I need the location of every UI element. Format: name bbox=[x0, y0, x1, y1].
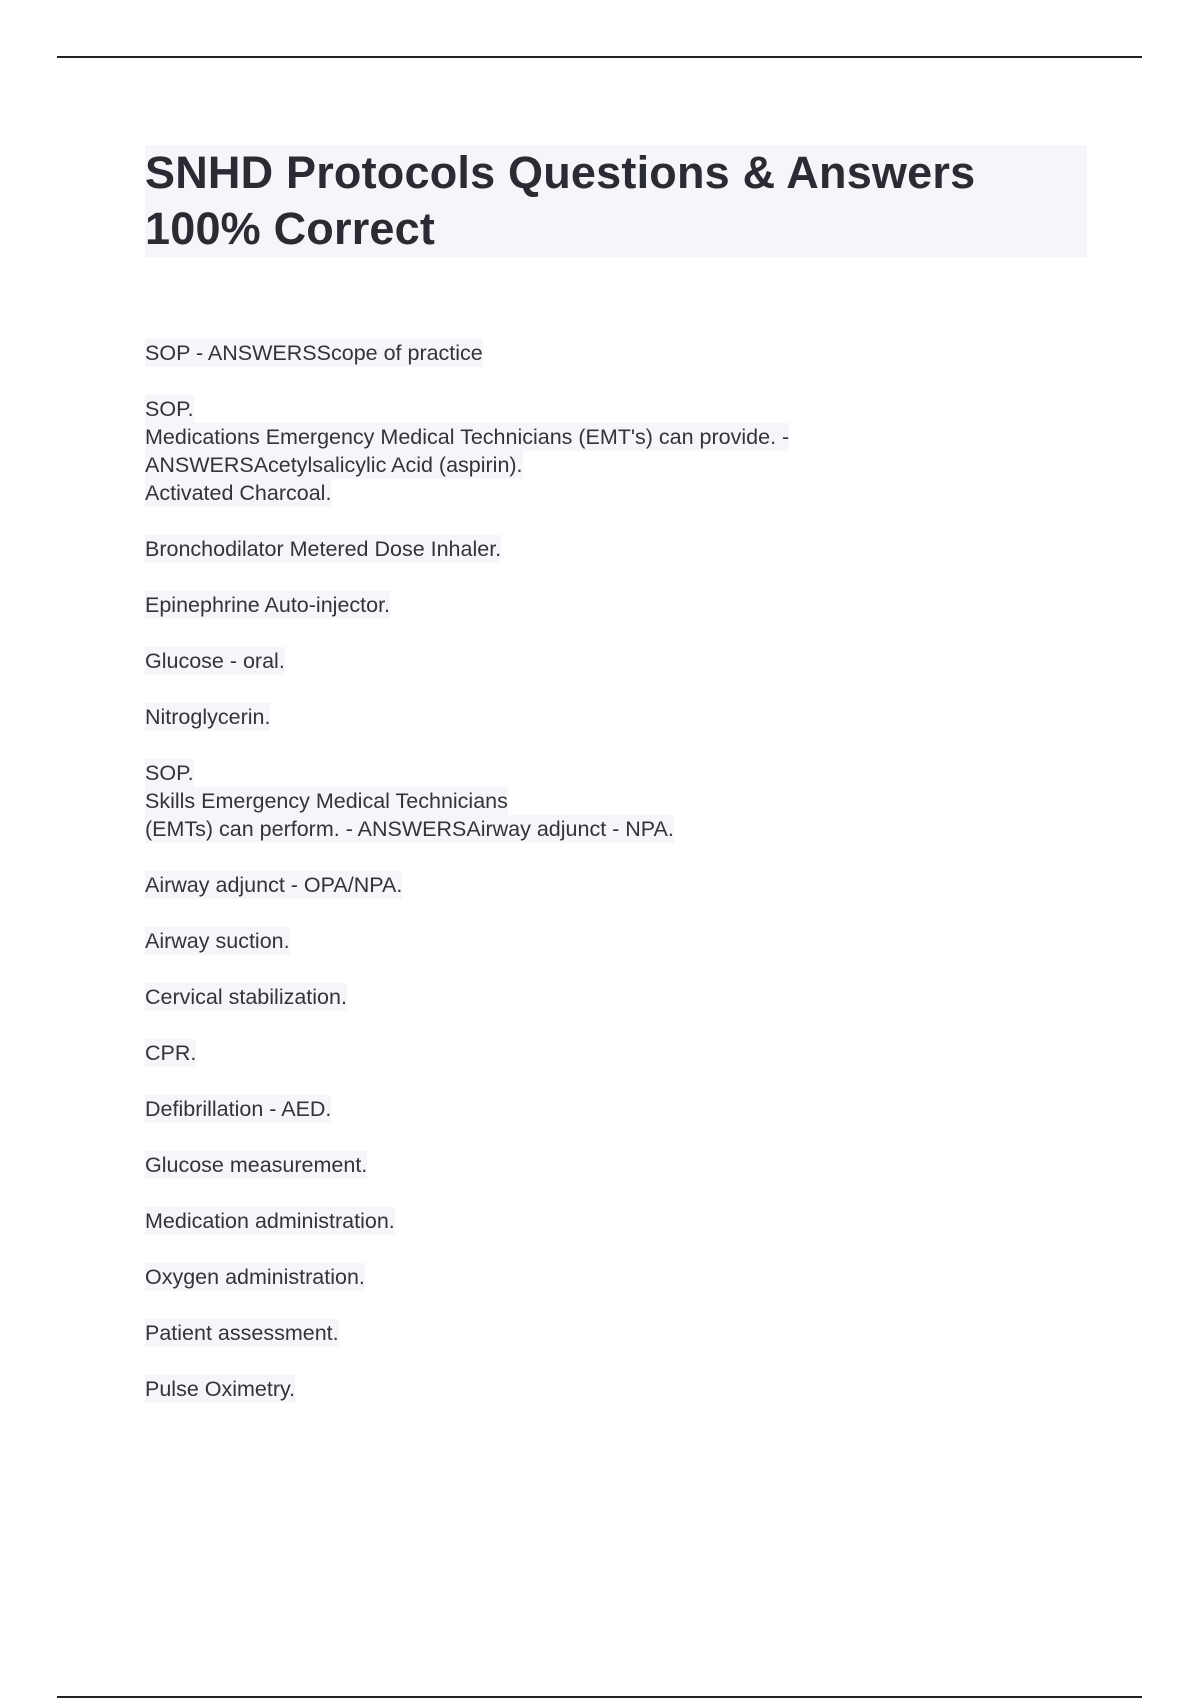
qa-paragraph: Airway suction. bbox=[145, 927, 1045, 955]
text-line: Glucose measurement. bbox=[145, 1151, 1045, 1179]
text-line-content: Patient assessment. bbox=[145, 1319, 339, 1347]
text-line: Nitroglycerin. bbox=[145, 703, 1045, 731]
document-title: SNHD Protocols Questions & Answers 100% … bbox=[145, 145, 1087, 257]
text-line: Glucose - oral. bbox=[145, 647, 1045, 675]
text-line: SOP. bbox=[145, 759, 1045, 787]
qa-paragraph: Oxygen administration. bbox=[145, 1263, 1045, 1291]
text-line-content: Epinephrine Auto-injector. bbox=[145, 591, 390, 619]
qa-paragraph: Defibrillation - AED. bbox=[145, 1095, 1045, 1123]
qa-paragraph: Nitroglycerin. bbox=[145, 703, 1045, 731]
text-line-content: Pulse Oximetry. bbox=[145, 1375, 295, 1403]
qa-paragraph: Bronchodilator Metered Dose Inhaler. bbox=[145, 535, 1045, 563]
text-line: Activated Charcoal. bbox=[145, 479, 1045, 507]
text-line: Medications Emergency Medical Technician… bbox=[145, 423, 1045, 451]
text-line: Patient assessment. bbox=[145, 1319, 1045, 1347]
text-line-content: SOP. bbox=[145, 395, 194, 423]
text-line: Airway adjunct - OPA/NPA. bbox=[145, 871, 1045, 899]
text-line-content: Activated Charcoal. bbox=[145, 479, 331, 507]
qa-paragraph: Epinephrine Auto-injector. bbox=[145, 591, 1045, 619]
text-line-content: Medications Emergency Medical Technician… bbox=[145, 423, 789, 451]
text-line-content: SOP - ANSWERSScope of practice bbox=[145, 339, 483, 367]
text-line-content: ANSWERSAcetylsalicylic Acid (aspirin). bbox=[145, 451, 523, 479]
qa-paragraph: Glucose - oral. bbox=[145, 647, 1045, 675]
header-rule bbox=[57, 56, 1142, 58]
text-line-content: CPR. bbox=[145, 1039, 196, 1067]
text-line: SOP. bbox=[145, 395, 1045, 423]
text-line-content: Bronchodilator Metered Dose Inhaler. bbox=[145, 535, 501, 563]
document-body: SOP - ANSWERSScope of practiceSOP.Medica… bbox=[145, 339, 1045, 1431]
text-line-content: Glucose - oral. bbox=[145, 647, 285, 675]
text-line: SOP - ANSWERSScope of practice bbox=[145, 339, 1045, 367]
qa-paragraph: Pulse Oximetry. bbox=[145, 1375, 1045, 1403]
text-line: Epinephrine Auto-injector. bbox=[145, 591, 1045, 619]
qa-paragraph: Medication administration. bbox=[145, 1207, 1045, 1235]
text-line: Pulse Oximetry. bbox=[145, 1375, 1045, 1403]
text-line: Airway suction. bbox=[145, 927, 1045, 955]
title-block: SNHD Protocols Questions & Answers 100% … bbox=[145, 145, 1087, 257]
text-line: Oxygen administration. bbox=[145, 1263, 1045, 1291]
text-line: Medication administration. bbox=[145, 1207, 1045, 1235]
text-line-content: Medication administration. bbox=[145, 1207, 395, 1235]
text-line-content: SOP. bbox=[145, 759, 194, 787]
text-line-content: Glucose measurement. bbox=[145, 1151, 367, 1179]
text-line-content: Nitroglycerin. bbox=[145, 703, 270, 731]
text-line-content: (EMTs) can perform. - ANSWERSAirway adju… bbox=[145, 815, 674, 843]
qa-paragraph: SOP.Medications Emergency Medical Techni… bbox=[145, 395, 1045, 507]
qa-paragraph: CPR. bbox=[145, 1039, 1045, 1067]
text-line: Defibrillation - AED. bbox=[145, 1095, 1045, 1123]
text-line-content: Defibrillation - AED. bbox=[145, 1095, 331, 1123]
text-line-content: Skills Emergency Medical Technicians bbox=[145, 787, 508, 815]
text-line-content: Airway suction. bbox=[145, 927, 290, 955]
qa-paragraph: SOP.Skills Emergency Medical Technicians… bbox=[145, 759, 1045, 843]
qa-paragraph: Cervical stabilization. bbox=[145, 983, 1045, 1011]
text-line: ANSWERSAcetylsalicylic Acid (aspirin). bbox=[145, 451, 1045, 479]
title-line: SNHD Protocols Questions & Answers bbox=[145, 145, 1087, 201]
footer-rule bbox=[57, 1696, 1142, 1698]
qa-paragraph: Patient assessment. bbox=[145, 1319, 1045, 1347]
text-line: CPR. bbox=[145, 1039, 1045, 1067]
text-line-content: Oxygen administration. bbox=[145, 1263, 365, 1291]
text-line: (EMTs) can perform. - ANSWERSAirway adju… bbox=[145, 815, 1045, 843]
text-line-content: Cervical stabilization. bbox=[145, 983, 347, 1011]
text-line: Skills Emergency Medical Technicians bbox=[145, 787, 1045, 815]
title-line: 100% Correct bbox=[145, 201, 1087, 257]
text-line: Bronchodilator Metered Dose Inhaler. bbox=[145, 535, 1045, 563]
qa-paragraph: Glucose measurement. bbox=[145, 1151, 1045, 1179]
qa-paragraph: SOP - ANSWERSScope of practice bbox=[145, 339, 1045, 367]
text-line-content: Airway adjunct - OPA/NPA. bbox=[145, 871, 402, 899]
qa-paragraph: Airway adjunct - OPA/NPA. bbox=[145, 871, 1045, 899]
text-line: Cervical stabilization. bbox=[145, 983, 1045, 1011]
